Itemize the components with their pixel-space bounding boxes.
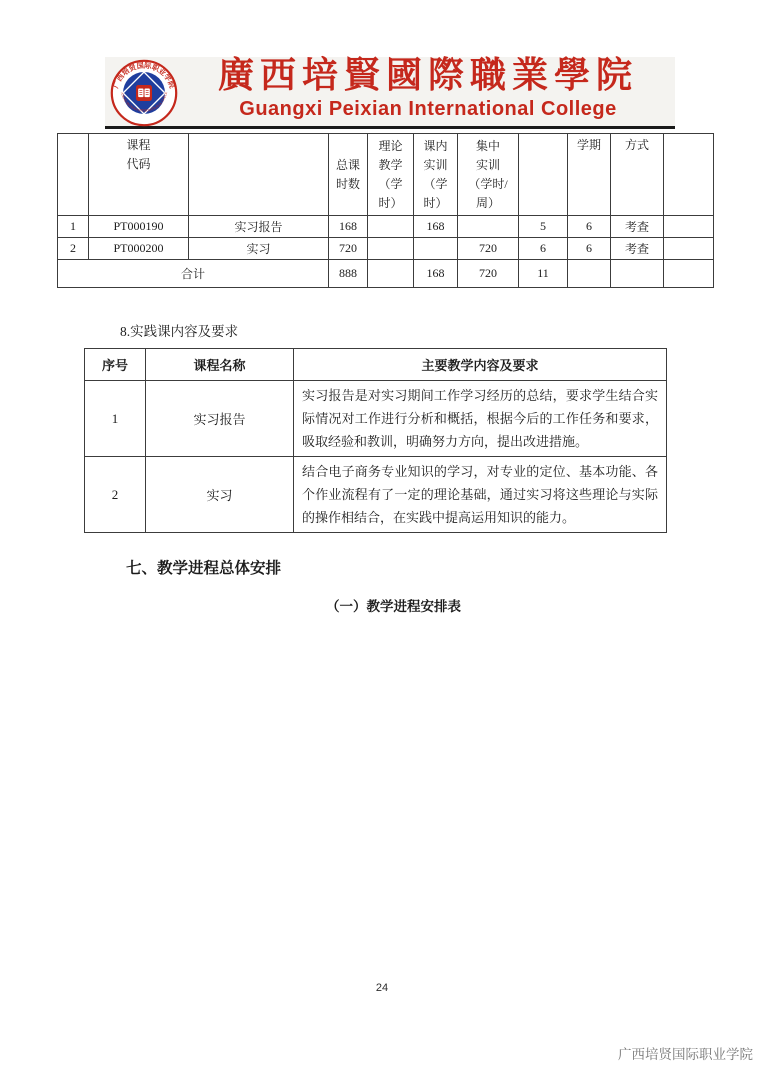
header-cell-theory-hours: 理论 教学 （学 时） xyxy=(368,134,414,216)
cell-row-no: 2 xyxy=(58,238,89,260)
cell-requirements: 结合电子商务专业知识的学习，对专业的定位、基本功能、各个作业流程有了一定的理论基… xyxy=(294,457,667,533)
document-page: 广西培贤国际职业学院 GUANGXI PEIXIAN INTERNATIONAL… xyxy=(0,0,764,1080)
college-name-en: Guangxi Peixian International College xyxy=(191,98,665,121)
total-inclass-cell: 168 xyxy=(414,260,458,288)
course-table-total-row: 合计 888 168 720 11 xyxy=(58,260,714,288)
page-number: 24 xyxy=(0,982,764,994)
total-theory-cell xyxy=(368,260,414,288)
cell-course-code: PT000190 xyxy=(89,216,189,238)
cell-concentrated-hours: 720 xyxy=(458,238,519,260)
course-row-2: 2 PT000200 实习 720 720 6 6 考查 xyxy=(58,238,714,260)
total-semester-cell xyxy=(568,260,611,288)
cell-blank-end xyxy=(664,216,714,238)
course-hours-table: 课程 代码 总课 时数 理论 教学 （学 时） 课内 实训 （学 时） 集中 实… xyxy=(57,133,714,288)
practice-row-2: 2 实习 结合电子商务专业知识的学习，对专业的定位、基本功能、各个作业流程有了一… xyxy=(85,457,667,533)
header-cell-total-hours: 总课 时数 xyxy=(329,134,368,216)
practice-section-heading: 8.实践课内容及要求 xyxy=(120,320,238,340)
practice-content-table: 序号 课程名称 主要教学内容及要求 1 实习报告 实习报告是对实习期间工作学习经… xyxy=(84,348,667,533)
cell-seq: 2 xyxy=(85,457,146,533)
header-cell-requirements: 主要教学内容及要求 xyxy=(294,349,667,381)
course-row-1: 1 PT000190 实习报告 168 168 5 6 考查 xyxy=(58,216,714,238)
cell-total-hours: 168 xyxy=(329,216,368,238)
header-cell-index xyxy=(58,134,89,216)
cell-semester: 6 xyxy=(568,216,611,238)
header-cell-seq: 序号 xyxy=(85,349,146,381)
cell-course-name: 实习报告 xyxy=(189,216,329,238)
cell-concentrated-hours xyxy=(458,216,519,238)
cell-inclass-hours: 168 xyxy=(414,216,458,238)
cell-blank-end xyxy=(664,238,714,260)
total-hours-cell: 888 xyxy=(329,260,368,288)
header-cell-course-name xyxy=(189,134,329,216)
header-cell-method: 方式 xyxy=(611,134,664,216)
cell-theory-hours xyxy=(368,238,414,260)
section-seven-title: 七、教学进程总体安排 xyxy=(126,556,281,578)
total-concentrated-cell: 720 xyxy=(458,260,519,288)
header-cell-blank-end xyxy=(664,134,714,216)
cell-course-code: PT000200 xyxy=(89,238,189,260)
total-blank-end-cell xyxy=(664,260,714,288)
practice-row-1: 1 实习报告 实习报告是对实习期间工作学习经历的总结，要求学生结合实际情况对工作… xyxy=(85,381,667,457)
cell-course: 实习报告 xyxy=(146,381,294,457)
cell-method: 考查 xyxy=(611,216,664,238)
header-cell-concentrated-practice: 集中 实训 （学时/ 周） xyxy=(458,134,519,216)
college-name-zh: 廣西培賢國際職業學院 xyxy=(191,53,665,97)
total-method-cell xyxy=(611,260,664,288)
college-seal-logo: 广西培贤国际职业学院 GUANGXI PEIXIAN INTERNATIONAL… xyxy=(110,59,178,127)
footer-watermark: 广西培贤国际职业学院 xyxy=(618,1043,753,1063)
total-blank-cell: 11 xyxy=(519,260,568,288)
letterhead: 广西培贤国际职业学院 GUANGXI PEIXIAN INTERNATIONAL… xyxy=(105,57,675,129)
cell-course-name: 实习 xyxy=(189,238,329,260)
teaching-schedule-subtitle: （一）教学进程安排表 xyxy=(326,595,461,615)
cell-requirements: 实习报告是对实习期间工作学习经历的总结，要求学生结合实际情况对工作进行分析和概括… xyxy=(294,381,667,457)
cell-total-hours: 720 xyxy=(329,238,368,260)
total-label-cell: 合计 xyxy=(58,260,329,288)
header-cell-semester: 学期 xyxy=(568,134,611,216)
cell-theory-hours xyxy=(368,216,414,238)
cell-blank: 6 xyxy=(519,238,568,260)
cell-method: 考查 xyxy=(611,238,664,260)
cell-semester: 6 xyxy=(568,238,611,260)
cell-blank: 5 xyxy=(519,216,568,238)
cell-row-no: 1 xyxy=(58,216,89,238)
header-cell-blank xyxy=(519,134,568,216)
cell-course: 实习 xyxy=(146,457,294,533)
cell-seq: 1 xyxy=(85,381,146,457)
header-cell-inclass-practice: 课内 实训 （学 时） xyxy=(414,134,458,216)
practice-table-header-row: 序号 课程名称 主要教学内容及要求 xyxy=(85,349,667,381)
header-cell-course-code: 课程 代码 xyxy=(89,134,189,216)
header-cell-course: 课程名称 xyxy=(146,349,294,381)
course-table-header-row: 课程 代码 总课 时数 理论 教学 （学 时） 课内 实训 （学 时） 集中 实… xyxy=(58,134,714,216)
cell-inclass-hours xyxy=(414,238,458,260)
